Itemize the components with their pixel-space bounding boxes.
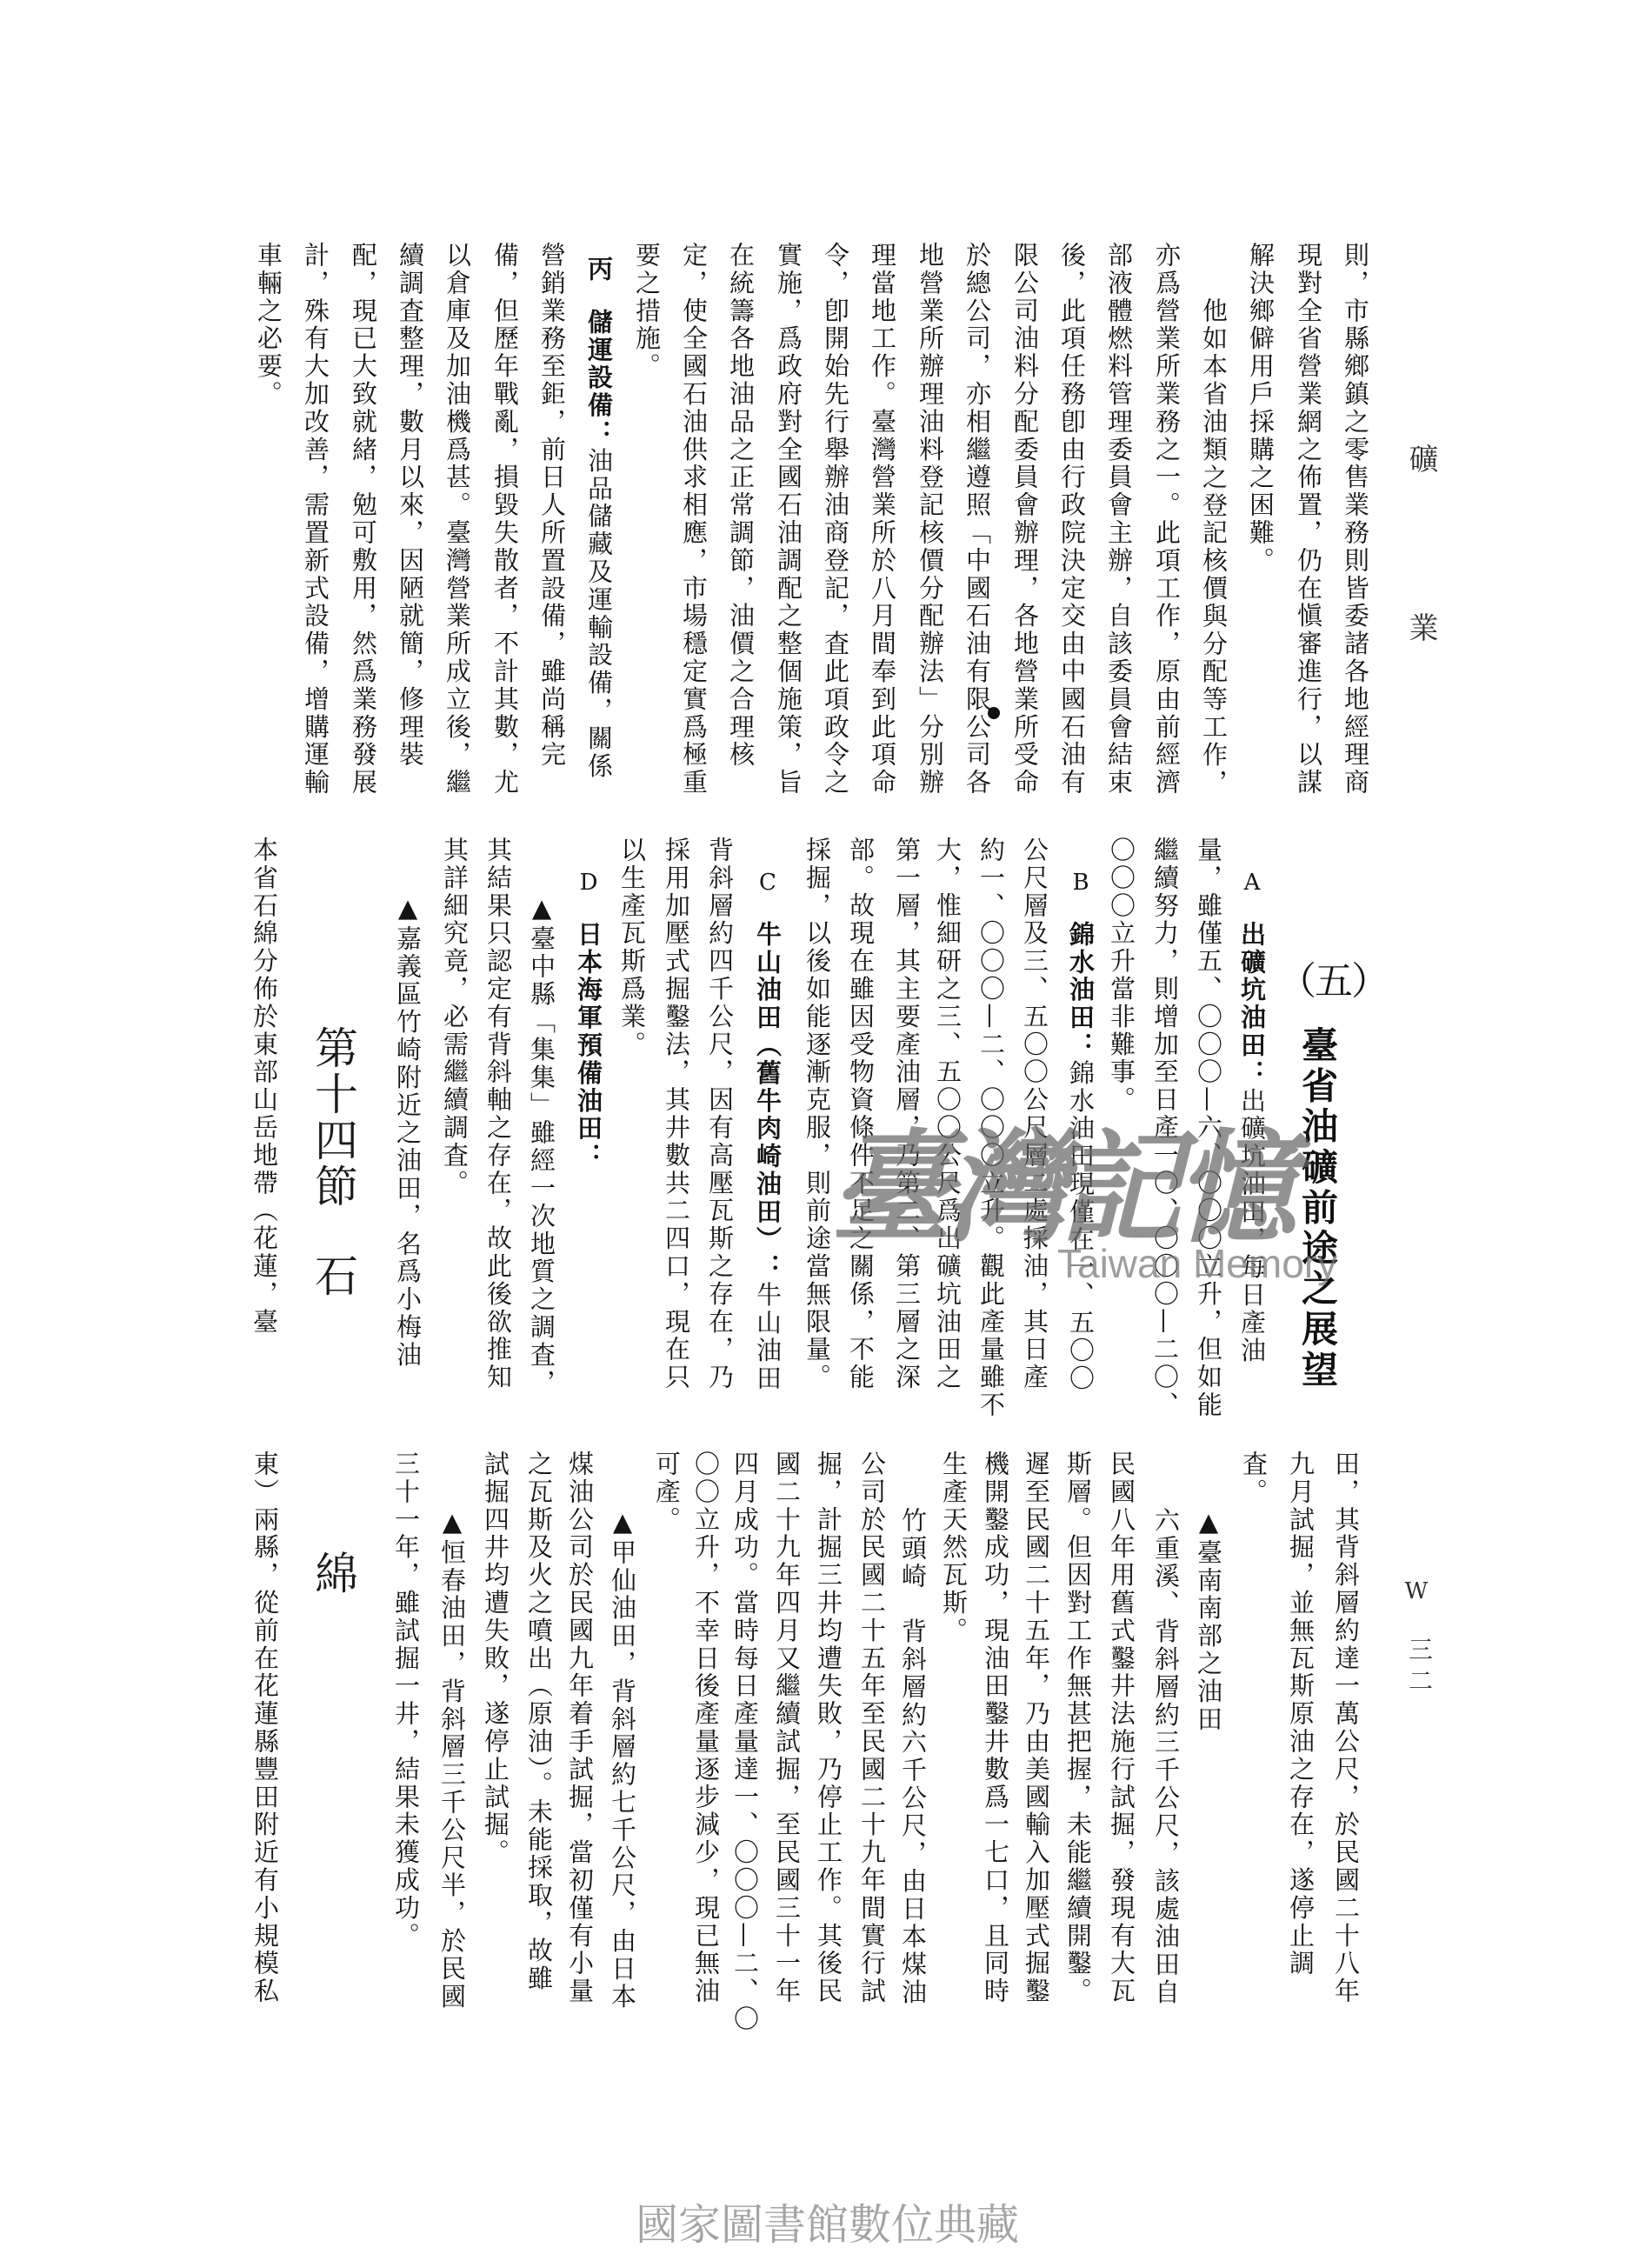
- text-column: 煤油公司於民國九年着手試掘，當初僅有小量: [565, 1451, 595, 2005]
- text-column: 斯層。但因對工作無甚把握，未能繼續開鑿。: [1063, 1451, 1093, 2005]
- entry-title: 日本海軍預備油田：: [574, 921, 603, 1171]
- text-column: 部。故現在雖因受物資條件不足之關係，不能: [846, 837, 876, 1391]
- text-column: 本省石綿分佈於東部山岳地帶（花蓮，臺: [250, 837, 279, 1336]
- text-column: 九月試掘，並無瓦斯原油之存在，遂停止調: [1286, 1451, 1316, 1978]
- watermark-latin-text: Taiwan Memory: [1057, 1242, 1337, 1285]
- text-column: 之瓦斯及火之噴出（原油）。未能採取，故雖: [524, 1451, 554, 1993]
- column-text: 牛山油田: [753, 1282, 783, 1393]
- text-column: 其結果只認定有背斜軸之存在，故此後欲推知: [483, 837, 513, 1391]
- text-column: 遲至民國二十五年，乃由美國輸入加壓式掘鑿: [1022, 1451, 1051, 2005]
- text-column: 在統籌各地油品之正常調節，油價之合理核: [726, 242, 756, 769]
- subsection-title: 儲運設備：: [584, 309, 614, 448]
- text-column: 計，殊有大加改善，需置新式設備，增購運輸: [301, 242, 330, 797]
- text-column: 配，現已大致就緒，勉可敷用，然爲業務發展: [349, 242, 378, 797]
- text-column: 採掘，以後如能逐漸克服，則前途當無限量。: [803, 837, 832, 1391]
- text-column: 車輛之必要。: [254, 242, 283, 408]
- text-column: 〇〇立升，不幸日後產量逐步減少，現已無油: [691, 1451, 721, 2005]
- text-column: 解決鄉僻用戶採購之困難。: [1246, 242, 1276, 575]
- bullet-item-column: ▲臺中縣「集集」雖經一次地質之調査，: [527, 893, 556, 1397]
- footer-caption: 國家圖書館數位典藏: [636, 2203, 1019, 2248]
- entry-title: 錦水油田：: [1066, 921, 1096, 1060]
- section-title: 臺省油礦前途之展望: [1296, 1026, 1338, 1391]
- text-column: 要之措施。: [632, 242, 662, 381]
- text-column: 實施，爲政府對全國石油調配之整個施策，旨: [774, 242, 803, 797]
- subsection-column-storage: 丙儲運設備：油品儲藏及運輸設備，關係: [584, 256, 614, 780]
- ink-blot: [988, 707, 1000, 719]
- chapter-title-part-2: 綿: [309, 1551, 357, 1597]
- bullet-item-column: ▲嘉義區竹崎附近之油田，名爲小梅油: [393, 893, 423, 1369]
- text-column: 其詳細究竟，必需繼續調査。: [440, 837, 470, 1197]
- bullet-item-column: ▲臺南南部之油田: [1194, 1507, 1223, 1733]
- text-column: 限公司油料分配委員會辦理，各地營業所受命: [1010, 242, 1040, 797]
- text-column: 六重溪、背斜層約三千公尺，該處油田自: [1151, 1507, 1181, 2006]
- text-column: 機開鑿成功，現油田鑿井數爲一七口，且同時: [981, 1451, 1010, 2005]
- paragraph-start-column: 他如本省油類之登記核價與分配等工作，: [1199, 297, 1229, 797]
- text-column: 掘，計掘三井均遭失敗，乃停止工作。其後民: [814, 1451, 843, 2005]
- text-column: 生產天然瓦斯。: [939, 1451, 969, 1644]
- text-column: 理當地工作。臺灣營業所於八月間奉到此項命: [868, 242, 897, 797]
- running-header-char-1: 礦: [1400, 444, 1442, 473]
- chapter-heading: 第十四節石: [309, 1025, 357, 1299]
- text-column: 田，其背斜層約達一萬公尺，於民國二十八年: [1331, 1451, 1361, 2005]
- watermark-logo: 臺灣記憶: [830, 1124, 1289, 1254]
- text-column: 〇〇〇立升當非難事。: [1107, 837, 1136, 1114]
- page-series-letter: W: [1403, 1578, 1429, 1604]
- oilfield-entry-d: D日本海軍預備油田：: [574, 870, 603, 1171]
- entry-label: A: [1239, 870, 1265, 898]
- column-text: 油品儲藏及運輸設備，關係: [584, 447, 614, 780]
- text-column: 可產。: [652, 1451, 682, 1534]
- text-column: 査。: [1239, 1451, 1269, 1506]
- text-column: 備，但歷年戰亂，損毀失散者，不計其數，尤: [490, 242, 520, 797]
- chapter-number: 第十四節: [308, 1025, 358, 1210]
- text-column: 公司於民國二十五年至民國二十九年間實行試: [857, 1451, 887, 2005]
- text-column: 背斜層約四千公尺，因有高壓瓦斯之存在，乃: [705, 837, 735, 1391]
- entry-title: 出礦坑油田：: [1237, 921, 1267, 1087]
- scanned-page: 礦 業 W 三二 則，市縣鄉鎮之零售業務則皆委諸各地經理商 現對全省營業網之佈置…: [0, 0, 1652, 2261]
- page-number: 三二: [1402, 1637, 1436, 1699]
- bullet-item-column: ▲甲仙油田，背斜層約七千公尺，由日本: [608, 1507, 637, 2011]
- text-column: 以倉庫及加油機爲甚。臺灣營業所成立後，繼: [443, 242, 472, 797]
- text-column: 三十一年，雖試掘一井，結果未獲成功。: [391, 1451, 421, 1950]
- text-column: 營銷業務至鉅，前日人所置設備，雖尚稱完: [537, 242, 567, 769]
- running-header-char-2: 業: [1400, 612, 1442, 642]
- text-column: 東）兩縣，從前在花蓮縣豐田附近有小規模私: [250, 1451, 280, 2005]
- text-column: 部液體燃料管理委員會主辦，自該委員會結束: [1104, 242, 1134, 797]
- entry-title: 牛山油田（舊牛肉崎油田）：: [753, 921, 783, 1282]
- bullet-item-column: ▲恒春油田，背斜層三千公尺半，於民國: [437, 1507, 467, 2011]
- text-column: 四月成功。當時每日產量達一、〇〇〇—二、〇: [730, 1451, 760, 2033]
- text-column: 地營業所辦理油料登記核價分配辦法」分別辦: [916, 242, 945, 797]
- text-column: 以生產瓦斯爲業。: [617, 837, 647, 1058]
- entry-label: B: [1068, 870, 1094, 898]
- section-number: （五）: [1278, 950, 1388, 1005]
- text-column: 國二十九年四月又繼續試掘，至民國三十一年: [772, 1451, 802, 2005]
- text-column: 令，卽開始先行舉辦油商登記，査此項政令之: [821, 242, 850, 797]
- text-column: 民國八年用舊式鑿井法施行試掘，發現有大瓦: [1107, 1451, 1136, 2005]
- entry-label: C: [755, 870, 781, 898]
- text-column: 試掘四井均遭失敗，遂停止試掘。: [481, 1451, 510, 1867]
- text-column: 第一層，其主要產油層，乃第二、第三層之深: [892, 837, 922, 1391]
- text-column: 亦爲營業所業務之一。此項工作，原由前經濟: [1152, 242, 1182, 797]
- subsection-label: 丙: [584, 256, 614, 283]
- text-column: 公尺層及三、五〇〇公尺層二處採油，其日產: [1020, 837, 1049, 1391]
- text-column: 採用加壓式掘鑿法，其井數共二四口，現在只: [662, 837, 691, 1391]
- entry-label: D: [576, 870, 602, 898]
- chapter-title-part-1: 石: [308, 1253, 358, 1299]
- text-column: 大，惟細研之三、五〇〇公尺爲出礦坑油田之: [933, 837, 963, 1391]
- text-column: 後，此項任務卽由行政院決定交由中國石油有: [1057, 242, 1087, 797]
- text-column: 定，使全國石油供求相應，市場穩定實爲極重: [679, 242, 709, 797]
- text-column: 則，市縣鄉鎮之零售業務則皆委諸各地經理商: [1341, 242, 1370, 797]
- oilfield-entry-c: C牛山油田（舊牛肉崎油田）：牛山油田: [753, 870, 783, 1392]
- text-column: 現對全省營業網之佈置，仍在愼審進行，以謀: [1294, 242, 1323, 797]
- text-column: 續調査整理，數月以來，因陋就簡，修理裝: [396, 242, 425, 769]
- text-column: 竹頭崎 背斜層約六千公尺，由日本煤油: [898, 1507, 928, 2006]
